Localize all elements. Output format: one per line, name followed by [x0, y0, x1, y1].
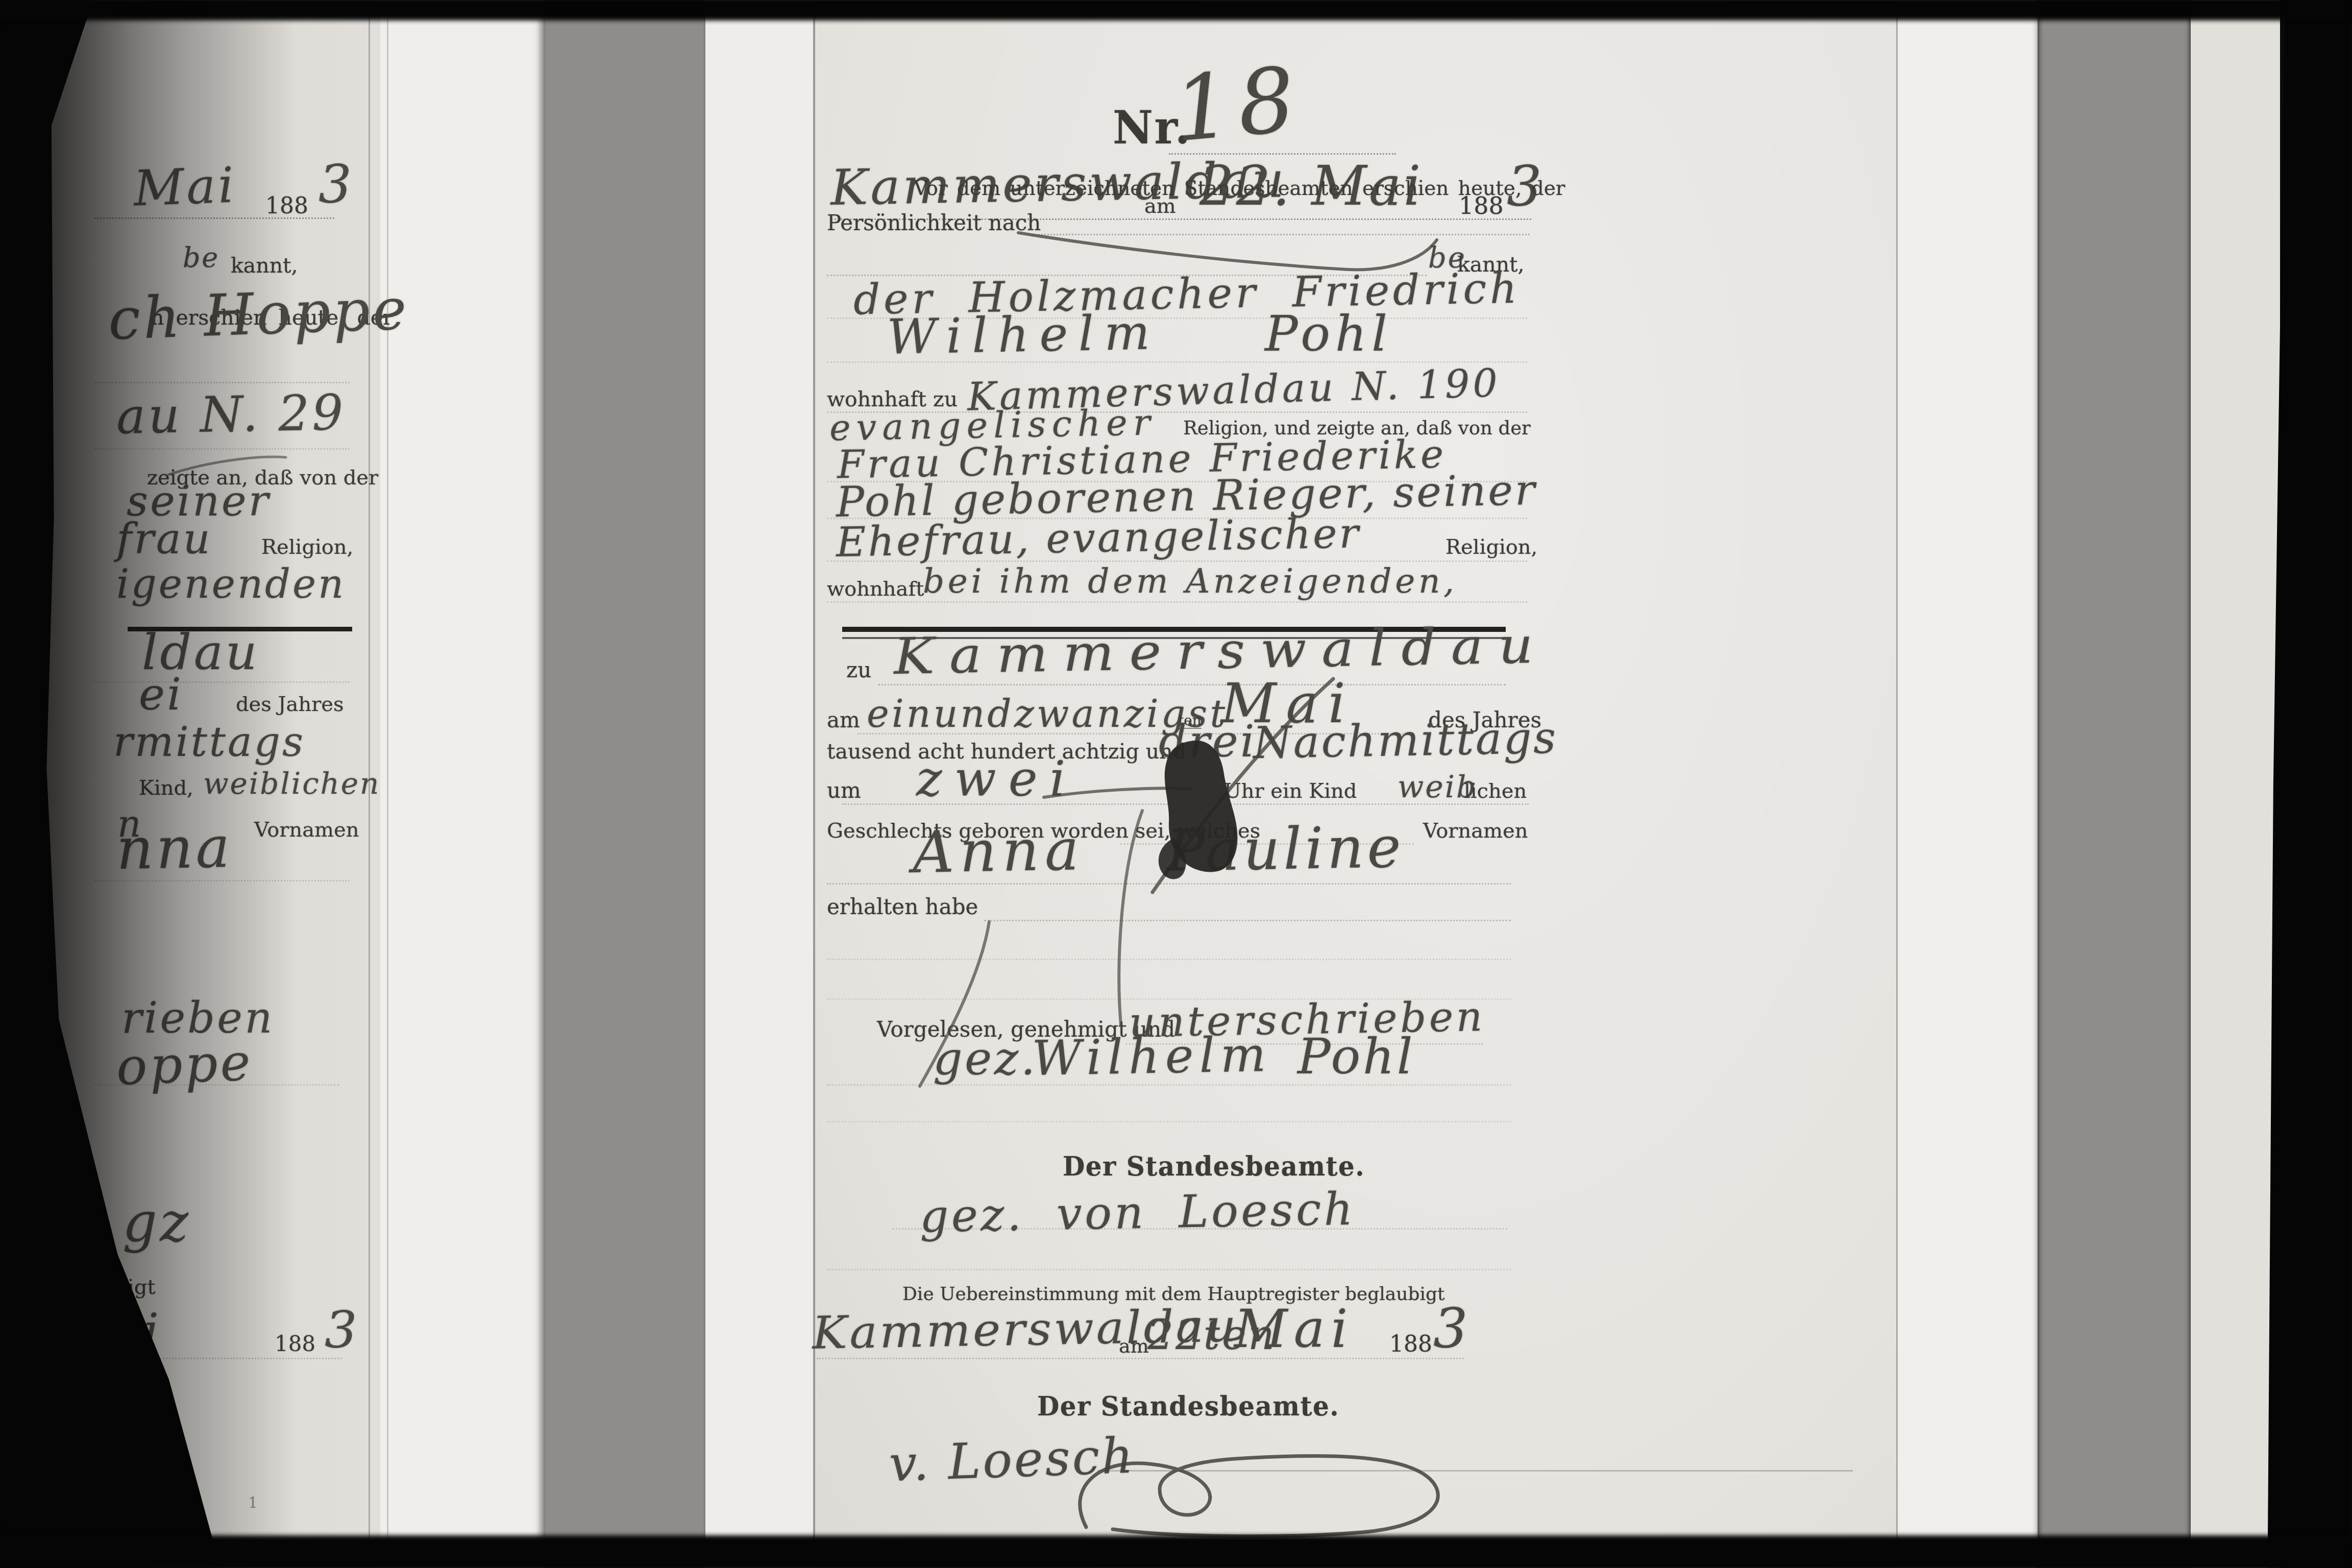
film-black-edge-top [0, 0, 2352, 20]
film-black-edge-bottom [0, 1535, 2352, 1568]
film-vignette [0, 0, 2352, 1568]
microfilm-scan: Mai1883n erschien heute, derbekannt,ch H… [0, 0, 2352, 1568]
